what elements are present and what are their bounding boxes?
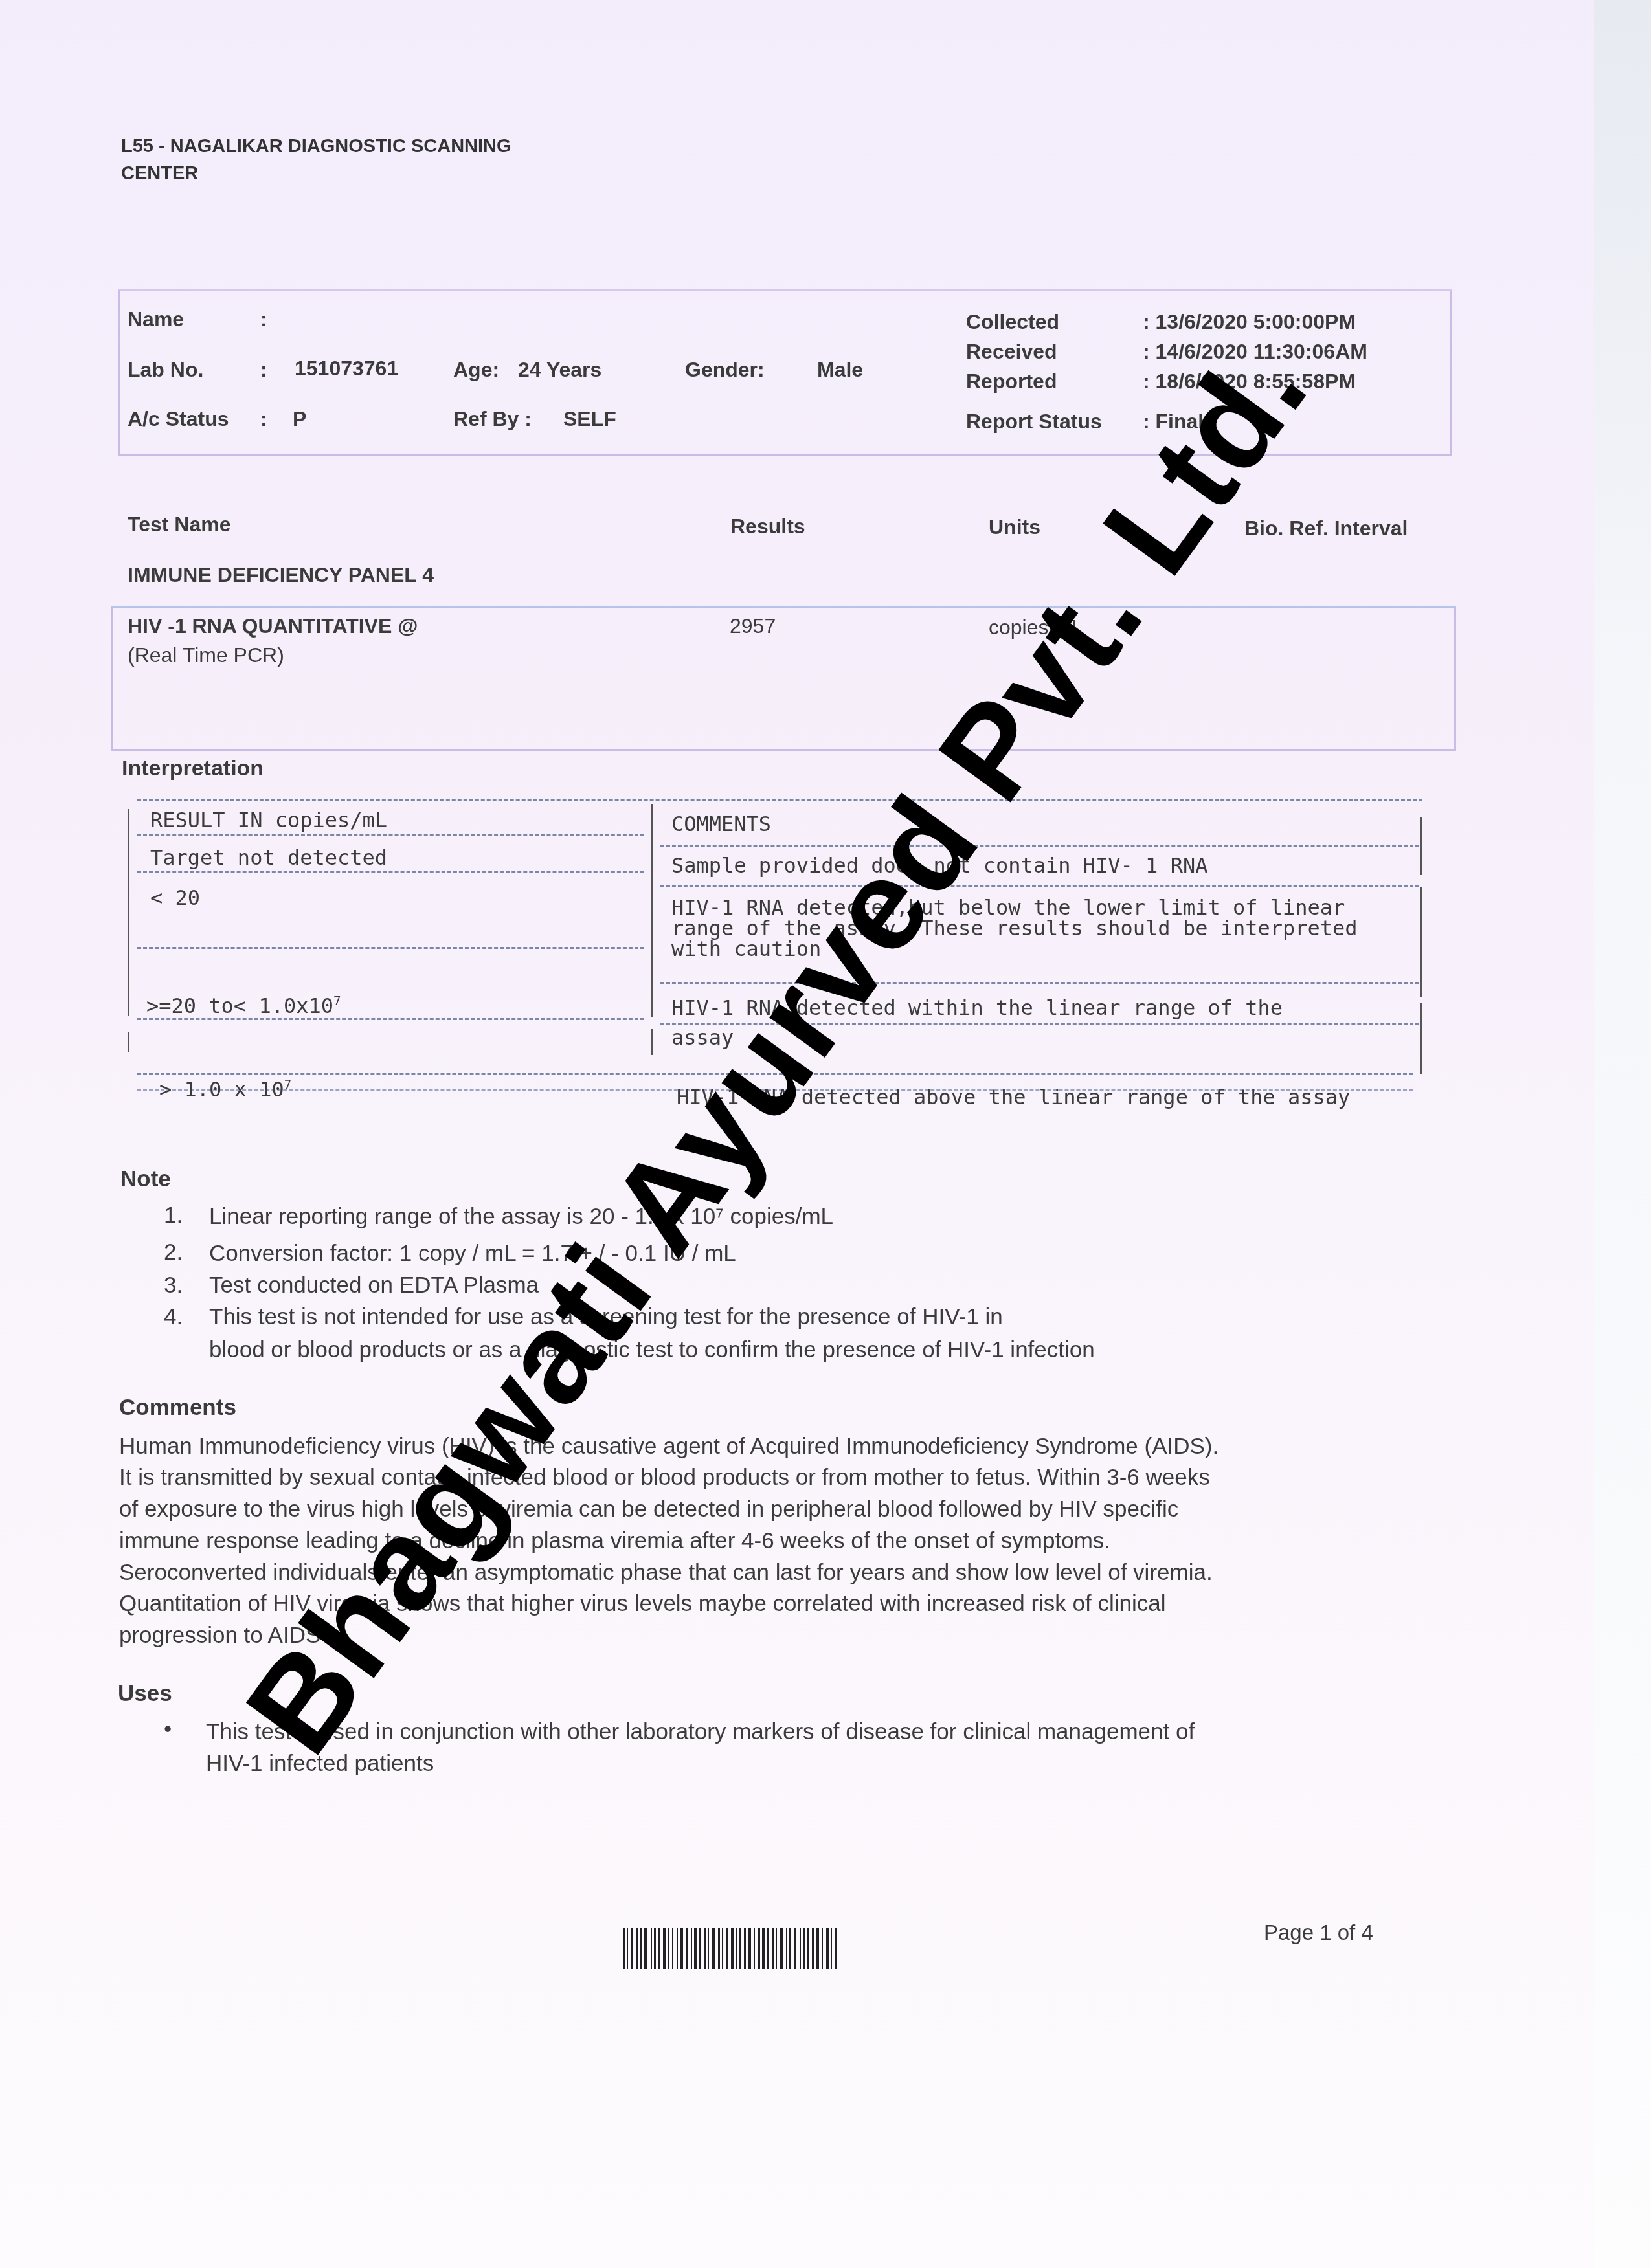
- interp-range: > 1.0 x 107: [159, 1077, 291, 1102]
- collected-label: Collected: [966, 310, 1059, 334]
- range-text: > 1.0 x 10: [159, 1077, 284, 1102]
- collected-value: : 13/6/2020 5:00:00PM: [1143, 310, 1356, 334]
- divider: [651, 804, 653, 1017]
- range-text: >=20 to< 1.0x10: [146, 994, 333, 1018]
- interp-range: < 20: [150, 885, 200, 910]
- interp-range: >=20 to< 1.0x107: [146, 994, 341, 1018]
- report-status-label: Report Status: [966, 410, 1102, 434]
- interp-col2-header: COMMENTS: [671, 812, 771, 836]
- age-label: Age:: [453, 358, 499, 382]
- lab-name: L55 - NAGALIKAR DIAGNOSTIC SCANNING CENT…: [121, 133, 511, 187]
- divider: [1420, 1003, 1422, 1074]
- scan-edge: [1594, 0, 1651, 2268]
- divider: [137, 1018, 644, 1020]
- divider: [128, 1032, 129, 1052]
- note-number: 3.: [164, 1273, 183, 1298]
- comment-line: Human Immunodeficiency virus (HIV) is th…: [119, 1430, 1219, 1462]
- received-label: Received: [966, 340, 1057, 364]
- ac-status-label: A/c Status: [128, 407, 229, 431]
- lab-name-line2: CENTER: [121, 160, 511, 187]
- col-results: Results: [730, 515, 805, 539]
- divider: [128, 809, 129, 1016]
- range-exponent: 7: [333, 994, 341, 1008]
- lab-no-label: Lab No.: [128, 358, 203, 382]
- divider: [1420, 887, 1422, 997]
- test-result: 2957: [730, 614, 776, 638]
- comment-line: It is transmitted by sexual contact, inf…: [119, 1462, 1210, 1493]
- range-exponent: 7: [284, 1077, 292, 1092]
- note-title: Note: [120, 1166, 171, 1192]
- col-test-name: Test Name: [128, 513, 230, 537]
- col-bio-ref: Bio. Ref. Interval: [1244, 517, 1408, 540]
- divider: [137, 947, 644, 949]
- divider: [660, 845, 1419, 847]
- divider: [651, 1029, 653, 1055]
- age-value: 24 Years: [518, 358, 601, 382]
- ac-status-value: P: [293, 407, 306, 431]
- lab-no-value: 151073761: [295, 357, 398, 381]
- bullet-icon: •: [164, 1717, 172, 1742]
- panel-name: IMMUNE DEFICIENCY PANEL 4: [128, 563, 434, 587]
- note-number: 4.: [164, 1304, 183, 1330]
- col-units: Units: [989, 515, 1040, 539]
- name-separator: :: [260, 307, 267, 331]
- comment-line: Seroconverted individuals enter an asymp…: [119, 1557, 1213, 1588]
- interpretation-title: Interpretation: [122, 756, 264, 781]
- note-item: Test conducted on EDTA Plasma: [209, 1273, 539, 1298]
- note-number: 2.: [164, 1240, 183, 1265]
- lab-name-line1: L55 - NAGALIKAR DIAGNOSTIC SCANNING: [121, 133, 511, 160]
- barcode-icon: [623, 1928, 941, 1969]
- gender-value: Male: [817, 358, 863, 382]
- ref-by-label: Ref By :: [453, 407, 532, 431]
- comment-line: of exposure to the virus high levels of …: [119, 1493, 1178, 1525]
- divider: [1420, 817, 1422, 875]
- divider: [137, 871, 644, 873]
- name-label: Name: [128, 307, 184, 331]
- interp-col1-header: RESULT IN copies/mL: [150, 808, 387, 832]
- reported-label: Reported: [966, 370, 1057, 394]
- divider: [660, 885, 1419, 887]
- divider: [137, 799, 1422, 801]
- divider: [137, 834, 644, 836]
- lab-no-separator: :: [260, 358, 267, 382]
- ref-by-value: SELF: [563, 407, 616, 431]
- comment-line: immune response leading to a decline in …: [119, 1525, 1110, 1557]
- gender-label: Gender:: [685, 358, 765, 382]
- ac-status-separator: :: [260, 407, 267, 431]
- test-method: (Real Time PCR): [128, 643, 284, 667]
- uses-title: Uses: [118, 1681, 172, 1707]
- interp-range: Target not detected: [150, 845, 387, 870]
- page-number: Page 1 of 4: [1264, 1920, 1373, 1945]
- test-name: HIV -1 RNA QUANTITATIVE @: [128, 614, 418, 638]
- comments-title: Comments: [119, 1395, 236, 1421]
- note-number: 1.: [164, 1203, 183, 1228]
